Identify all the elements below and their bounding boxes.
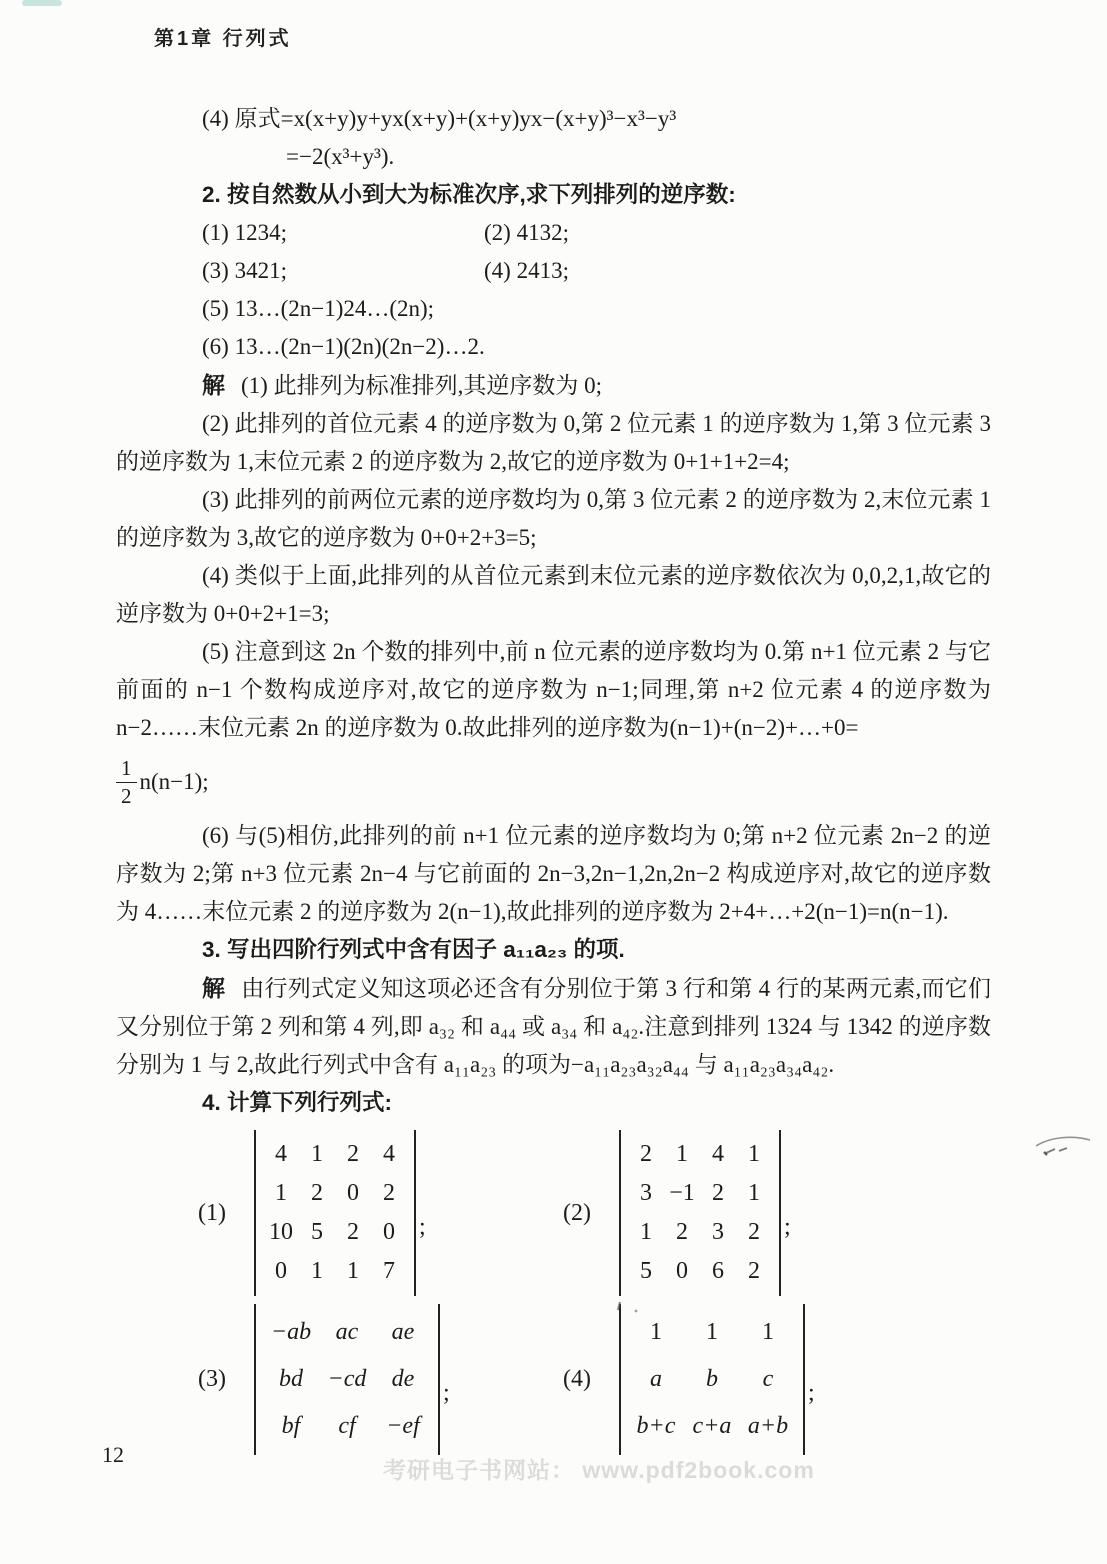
problem-2-item-2: (2) 4132; bbox=[484, 214, 991, 252]
determinant-3-matrix: −abacaebd−cddebfcf−ef bbox=[254, 1304, 440, 1455]
determinant-1-suffix: ; bbox=[419, 1214, 426, 1241]
problem-2-item-3: (3) 3421; bbox=[202, 252, 484, 290]
determinant-2-matrix: 21413−12112325062 bbox=[619, 1130, 781, 1296]
solution-2-part-5-fraction-line: 1 2 n(n−1); bbox=[116, 747, 991, 817]
problem-2-items-row2: (3) 3421; (4) 2413; bbox=[202, 252, 991, 290]
problem-2-item-4: (4) 2413; bbox=[484, 252, 991, 290]
determinant-2: (2) 21413−12112325062 ; bbox=[563, 1130, 991, 1296]
solution-label: 解 bbox=[202, 975, 225, 1001]
solution-2-part-2: (2) 此排列的首位元素 4 的逆序数为 0,第 2 位元素 1 的逆序数为 1… bbox=[116, 405, 991, 481]
problem-4-title: 4. 计算下列行列式: bbox=[116, 1084, 991, 1122]
determinant-4-matrix: 111abcb+cc+aa+b bbox=[619, 1304, 805, 1455]
determinant-1: (1) 41241202105200117 ; bbox=[198, 1130, 563, 1296]
determinant-4-suffix: ; bbox=[808, 1380, 815, 1407]
determinant-4: (4) 111abcb+cc+aa+b ; bbox=[563, 1304, 991, 1455]
problem-2-item-6: (6) 13…(2n−1)(2n)(2n−2)…2. bbox=[202, 328, 991, 366]
fraction-denominator: 2 bbox=[121, 783, 132, 808]
solution-3-text: 由行列式定义知这项必还含有分别位于第 3 行和第 4 行的某两元素,而它们又分别… bbox=[116, 976, 991, 1077]
determinant-3-suffix: ; bbox=[443, 1380, 450, 1407]
solution-2-part-5: (5) 注意到这 2n 个数的排列中,前 n 位元素的逆序数均为 0.第 n+1… bbox=[116, 633, 991, 747]
solution-2-part-1-text: (1) 此排列为标准排列,其逆序数为 0; bbox=[241, 373, 602, 398]
determinant-2-suffix: ; bbox=[784, 1214, 791, 1241]
page-body: (4) 原式=x(x+y)y+yx(x+y)+(x+y)yx−(x+y)³−x³… bbox=[0, 0, 1107, 1455]
fraction-one-half: 1 2 bbox=[116, 756, 137, 807]
determinant-3: (3) −abacaebd−cddebfcf−ef ; bbox=[198, 1304, 563, 1455]
solution-2-part-6: (6) 与(5)相仿,此排列的前 n+1 位元素的逆序数均为 0;第 n+2 位… bbox=[116, 817, 991, 931]
solution-2-part-4: (4) 类似于上面,此排列的从首位元素到末位元素的逆序数依次为 0,0,2,1,… bbox=[116, 557, 991, 633]
problem-2-items-row1: (1) 1234; (2) 4132; bbox=[202, 214, 991, 252]
solution-3: 解由行列式定义知这项必还含有分别位于第 3 行和第 4 行的某两元素,而它们又分… bbox=[116, 969, 991, 1084]
page-number: 12 bbox=[102, 1442, 124, 1468]
watermark-text: 考研电子书网站： www.pdf2book.com bbox=[383, 1452, 815, 1485]
scan-artifact-pen-tick bbox=[616, 1300, 646, 1316]
problem-3-title: 3. 写出四阶行列式中含有因子 a₁₁a₂₃ 的项. bbox=[116, 931, 991, 969]
determinant-4-label: (4) bbox=[563, 1366, 591, 1393]
problem-2-item-1: (1) 1234; bbox=[202, 214, 484, 252]
problem-2-item-5: (5) 13…(2n−1)24…(2n); bbox=[202, 290, 991, 328]
determinant-row-1: (1) 41241202105200117 ; (2) 21413−121123… bbox=[116, 1130, 991, 1296]
determinant-3-label: (3) bbox=[198, 1366, 226, 1393]
determinant-2-label: (2) bbox=[563, 1200, 591, 1227]
determinant-1-label: (1) bbox=[198, 1200, 226, 1227]
prev-solution-line2: =−2(x³+y³). bbox=[286, 138, 991, 176]
scanned-textbook-page: 第1章 行列式 (4) 原式=x(x+y)y+yx(x+y)+(x+y)yx−(… bbox=[0, 0, 1107, 1564]
solution-2-part-5-tail: n(n−1); bbox=[140, 769, 209, 795]
prev-solution-line1: (4) 原式=x(x+y)y+yx(x+y)+(x+y)yx−(x+y)³−x³… bbox=[116, 100, 991, 138]
problem-2-title: 2. 按自然数从小到大为标准次序,求下列排列的逆序数: bbox=[116, 176, 991, 214]
determinant-1-matrix: 41241202105200117 bbox=[254, 1130, 416, 1296]
solution-2-part-1: 解(1) 此排列为标准排列,其逆序数为 0; bbox=[116, 366, 991, 405]
solution-2-part-3: (3) 此排列的前两位元素的逆序数均为 0,第 3 位元素 2 的逆序数为 2,… bbox=[116, 481, 991, 557]
determinant-row-2: (3) −abacaebd−cddebfcf−ef ; (4) 111abcb+… bbox=[116, 1304, 991, 1455]
fraction-numerator: 1 bbox=[116, 756, 137, 782]
scan-artifact-pen-scribble bbox=[1032, 1130, 1094, 1164]
solution-label: 解 bbox=[202, 372, 225, 398]
